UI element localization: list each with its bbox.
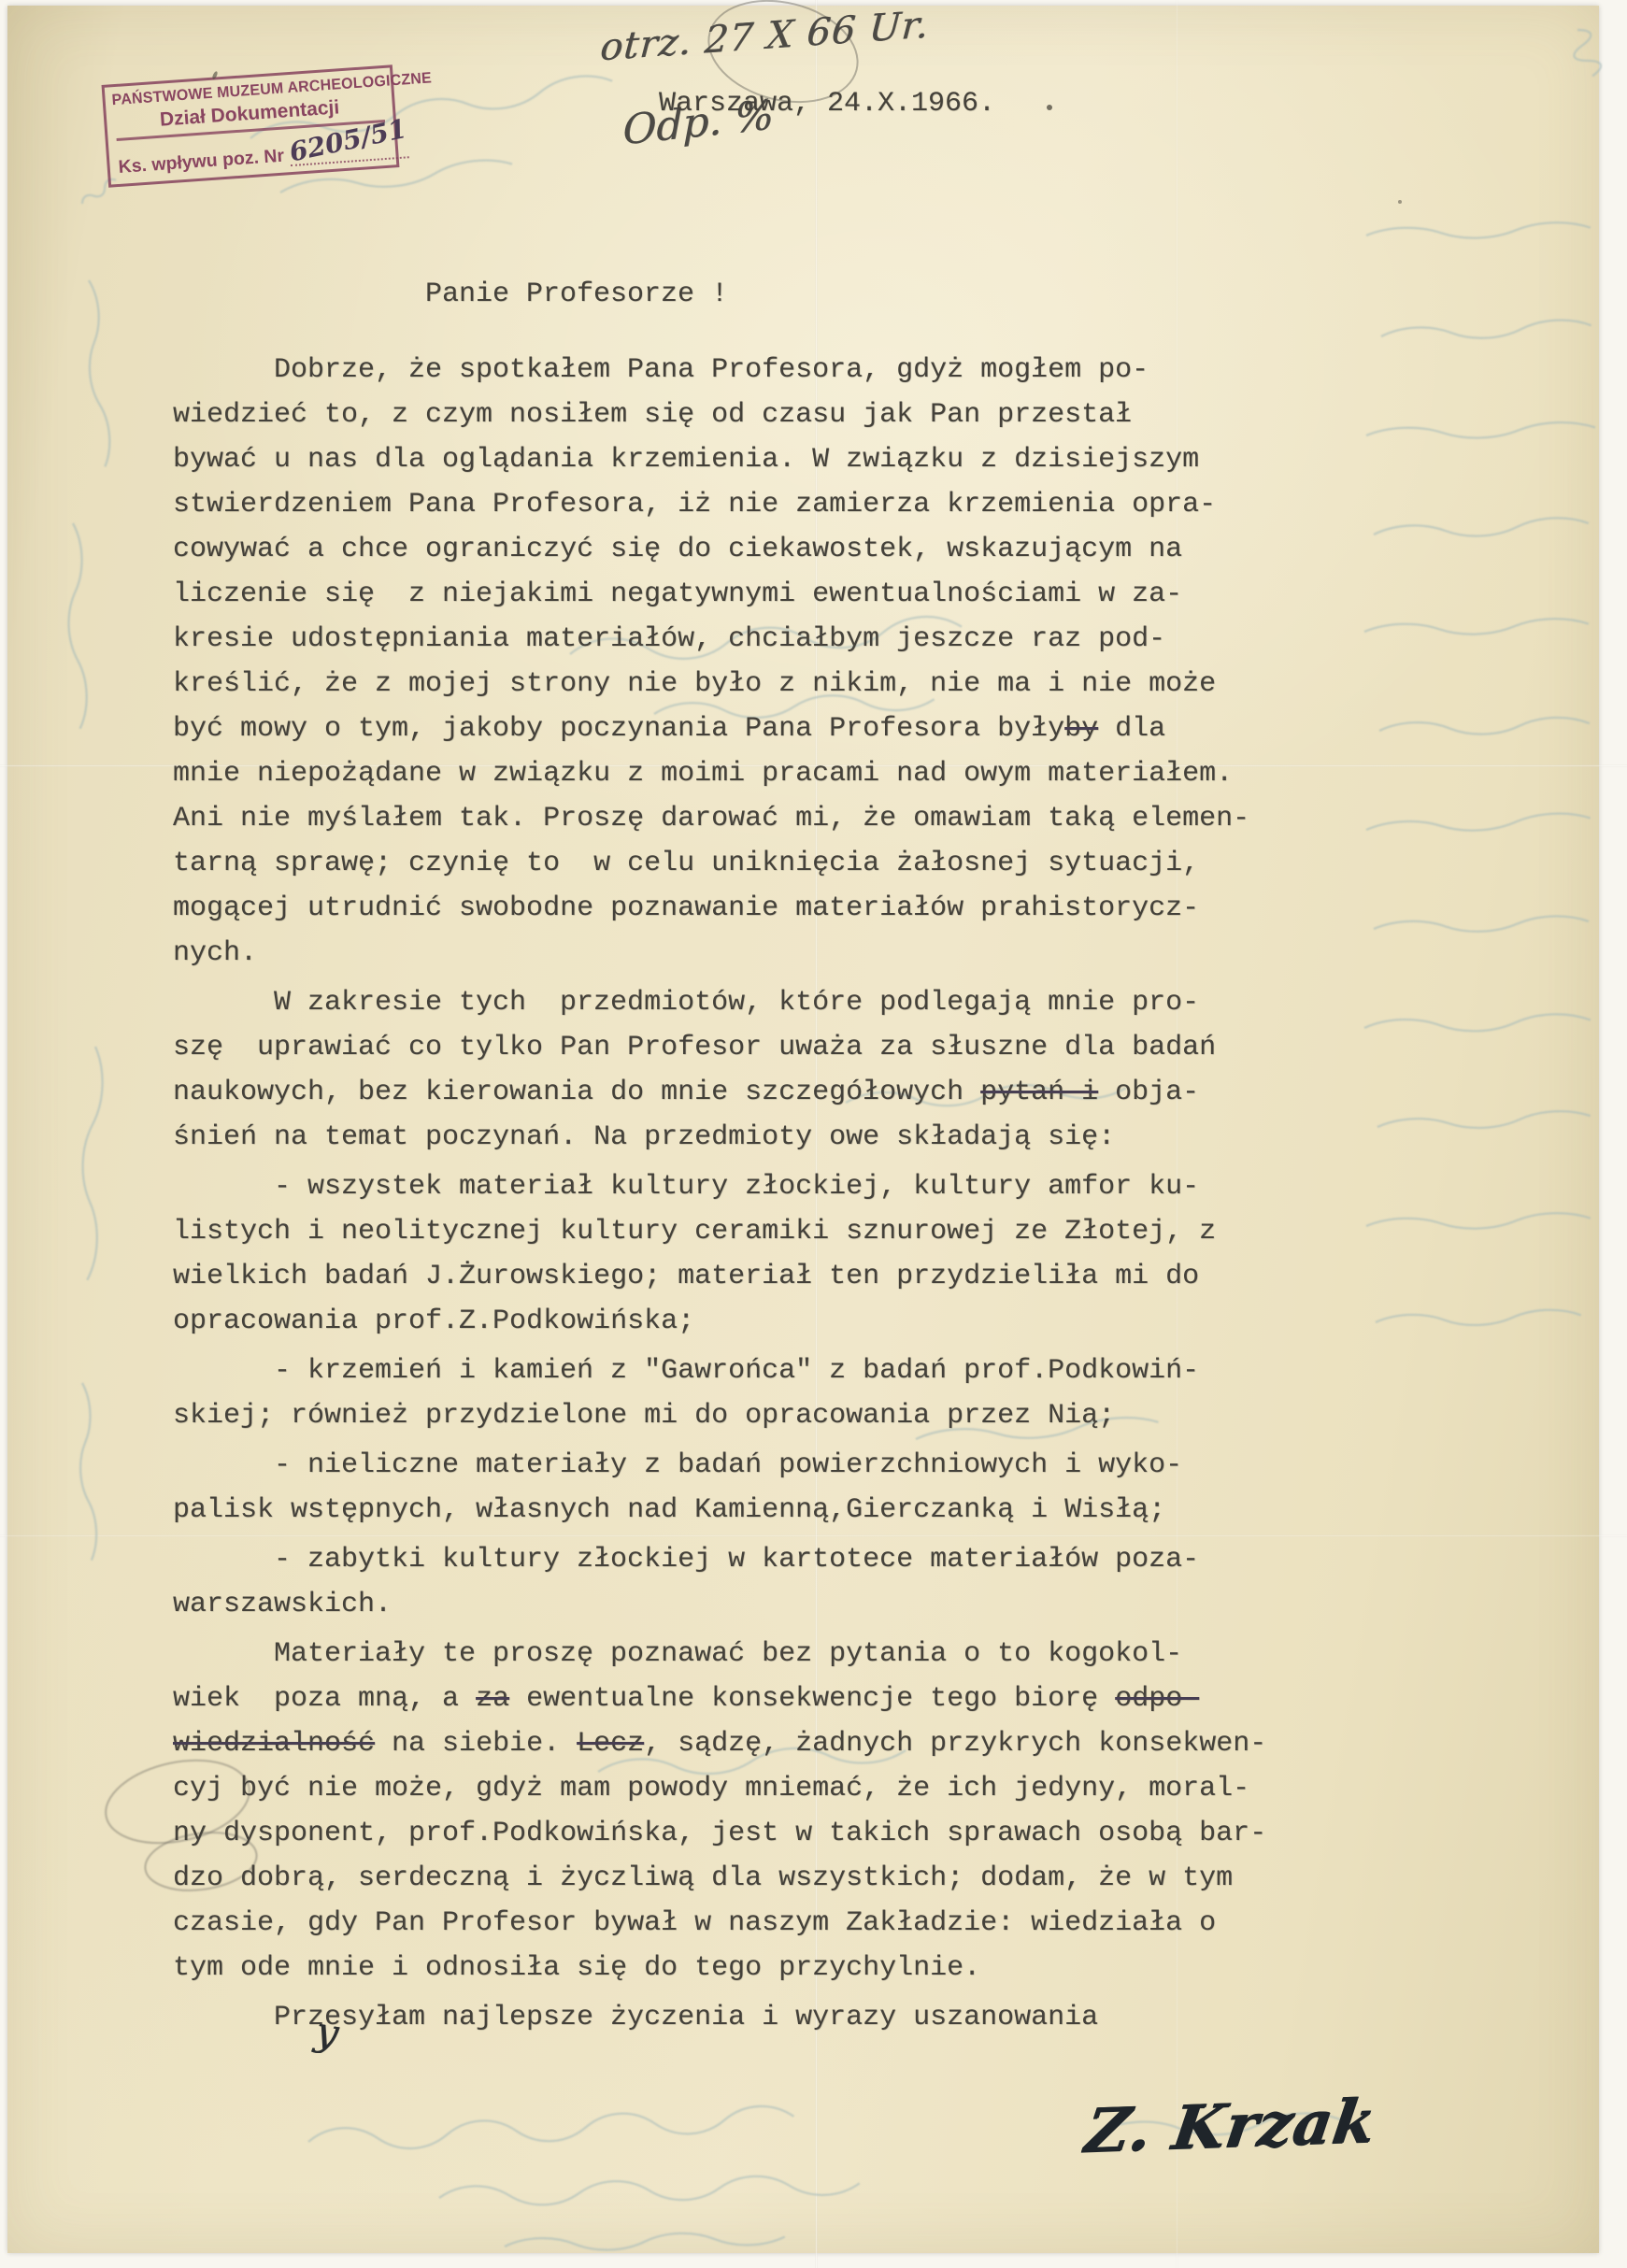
- scan-speck: [1047, 105, 1052, 110]
- paragraph: - nieliczne materiały z badań powierzchn…: [173, 1443, 1481, 1533]
- paragraph: W zakresie tych przedmiotów, które podle…: [173, 980, 1481, 1160]
- typed-line: śnień na temat poczynań. Na przedmioty o…: [173, 1115, 1481, 1160]
- typed-line: tarną sprawę; czynię to w celu uniknięci…: [173, 841, 1481, 886]
- letter-body: Dobrze, że spotkałem Pana Profesora, gdy…: [173, 348, 1481, 2045]
- typed-line: kresie udostępniania materiałów, chciałb…: [173, 617, 1481, 662]
- typed-line: Materiały te proszę poznawać bez pytania…: [173, 1632, 1481, 1676]
- typed-line: mnie niepożądane w związku z moimi praca…: [173, 751, 1481, 796]
- typed-line: W zakresie tych przedmiotów, które podle…: [173, 980, 1481, 1025]
- typed-line: liczenie się z niejakimi negatywnymi ewe…: [173, 572, 1481, 617]
- typed-line: ny dysponent, prof.Podkowińska, jest w t…: [173, 1811, 1481, 1856]
- typed-line: być mowy o tym, jakoby poczynania Pana P…: [173, 706, 1481, 751]
- typed-line: cyj być nie może, gdyż mam powody mniema…: [173, 1766, 1481, 1811]
- typed-line: listych i neolitycznej kultury ceramiki …: [173, 1209, 1481, 1254]
- typed-line: Dobrze, że spotkałem Pana Profesora, gdy…: [173, 348, 1481, 392]
- paragraph: - wszystek materiał kultury złockiej, ku…: [173, 1164, 1481, 1344]
- typed-line: Ani nie myślałem tak. Proszę darować mi,…: [173, 796, 1481, 841]
- date-line: Warszawa, 24.X.1966.: [659, 88, 995, 120]
- paragraph: - zabytki kultury złockiej w kartotece m…: [173, 1537, 1481, 1627]
- typed-line: naukowych, bez kierowania do mnie szczeg…: [173, 1070, 1481, 1115]
- typed-line: wiedzieć to, z czym nosiłem się od czasu…: [173, 392, 1481, 437]
- typed-line: opracowania prof.Z.Podkowińska;: [173, 1299, 1481, 1344]
- typed-line: czasie, gdy Pan Profesor bywał w naszym …: [173, 1901, 1481, 1946]
- scan-speck: [1398, 200, 1402, 204]
- typed-line: palisk wstępnych, własnych nad Kamienną,…: [173, 1488, 1481, 1533]
- stamp-entry-label: Ks. wpływu poz. Nr: [118, 146, 285, 178]
- typed-line: wiek poza mną, a za ewentualne konsekwen…: [173, 1676, 1481, 1721]
- signature: Z. Krzak: [1081, 2086, 1380, 2166]
- paragraph: Przesyłam najlepsze życzenia i wyrazy us…: [173, 1995, 1481, 2040]
- typed-line: - nieliczne materiały z badań powierzchn…: [173, 1443, 1481, 1488]
- paragraph: Dobrze, że spotkałem Pana Profesora, gdy…: [173, 348, 1481, 976]
- stamp-entry-number-field: 6205/51: [288, 124, 408, 166]
- typed-line: stwierdzeniem Pana Profesora, iż nie zam…: [173, 482, 1481, 527]
- typed-line: Przesyłam najlepsze życzenia i wyrazy us…: [173, 1995, 1481, 2040]
- typed-line: nych.: [173, 931, 1481, 976]
- typed-line: tym ode mnie i odnosiła się do tego przy…: [173, 1946, 1481, 1990]
- typed-line: skiej; również przydzielone mi do opraco…: [173, 1393, 1481, 1438]
- paragraph: Materiały te proszę poznawać bez pytania…: [173, 1632, 1481, 1990]
- typed-line: wielkich badań J.Żurowskiego; materiał t…: [173, 1254, 1481, 1299]
- typed-line: wiedzialność na siebie. Lecz, sądzę, żad…: [173, 1721, 1481, 1766]
- typed-line: mogącej utrudnić swobodne poznawanie mat…: [173, 886, 1481, 931]
- scanned-letter-page: PAŃSTWOWE MUZEUM ARCHEOLOGICZNE Dział Do…: [0, 0, 1627, 2268]
- typed-line: cowywać a chce ograniczyć się do ciekawo…: [173, 527, 1481, 572]
- typed-line: bywać u nas dla oglądania krzemienia. W …: [173, 437, 1481, 482]
- typed-line: - zabytki kultury złockiej w kartotece m…: [173, 1537, 1481, 1582]
- typed-line: warszawskich.: [173, 1582, 1481, 1627]
- typed-line: - krzemień i kamień z "Gawrońca" z badań…: [173, 1348, 1481, 1393]
- typed-line: szę uprawiać co tylko Pan Profesor uważa…: [173, 1025, 1481, 1070]
- typed-line: - wszystek materiał kultury złockiej, ku…: [173, 1164, 1481, 1209]
- typed-line: dzo dobrą, serdeczną i życzliwą dla wszy…: [173, 1856, 1481, 1901]
- salutation: Panie Profesorze !: [425, 278, 728, 310]
- museum-archive-stamp: PAŃSTWOWE MUZEUM ARCHEOLOGICZNE Dział Do…: [102, 64, 400, 187]
- typed-line: kreślić, że z mojej strony nie było z ni…: [173, 662, 1481, 706]
- paragraph: - krzemień i kamień z "Gawrońca" z badań…: [173, 1348, 1481, 1438]
